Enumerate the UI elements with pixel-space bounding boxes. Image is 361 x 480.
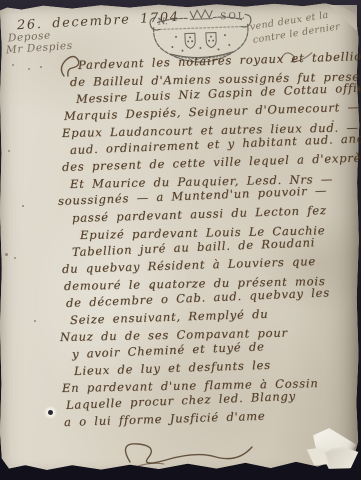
ink-speck xyxy=(8,150,10,152)
ink-speck xyxy=(96,97,98,99)
stamp-text-left: N. xyxy=(157,17,168,27)
ink-speck xyxy=(40,66,42,68)
crumpled-corner xyxy=(303,420,361,475)
signature-paraph xyxy=(108,432,258,472)
ink-speck xyxy=(22,205,24,207)
ink-speck xyxy=(12,64,14,66)
paper-hole xyxy=(48,410,53,415)
ink-blot xyxy=(150,286,153,289)
ink-speck xyxy=(34,320,36,322)
ink-speck xyxy=(332,120,334,122)
stamp-fleur-dots xyxy=(171,34,231,52)
ink-speck xyxy=(14,257,16,259)
stamp-text-right: SOL xyxy=(220,11,246,22)
scanned-document-page: { "document": { "date_note": "26. decemb… xyxy=(0,0,361,480)
scan-background: 26. decembre 1704 Depose Mr Despies xyxy=(0,0,361,480)
ink-speck xyxy=(28,68,30,70)
ink-speck xyxy=(5,253,8,256)
